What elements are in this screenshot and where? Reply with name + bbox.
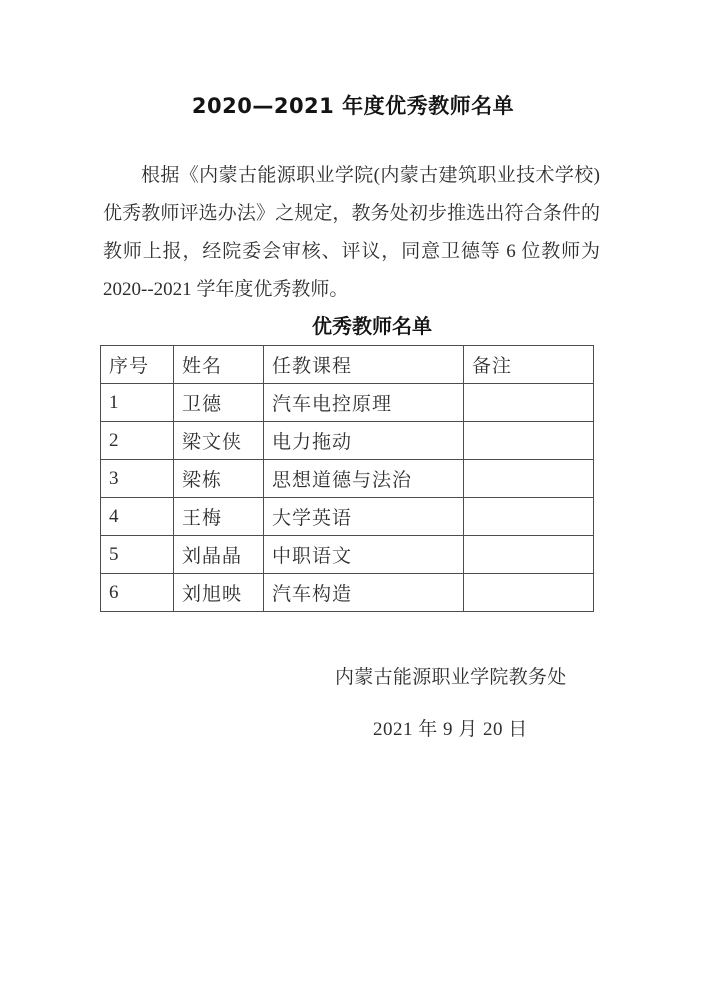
table-row: 4王梅大学英语 xyxy=(101,498,594,536)
note xyxy=(464,460,594,498)
signature-date: 2021 年 9 月 20 日 xyxy=(373,717,528,743)
document-page: 2020—2021 年度优秀教师名单 根据《内蒙古能源职业学院(内蒙古建筑职业技… xyxy=(0,0,706,1000)
note xyxy=(464,422,594,460)
table-body: 1卫德汽车电控原理2梁文侠电力拖动3梁栋思想道德与法治4王梅大学英语5刘晶晶中职… xyxy=(101,384,594,612)
course-name: 汽车电控原理 xyxy=(264,384,464,422)
course-name: 中职语文 xyxy=(264,536,464,574)
table-row: 3梁栋思想道德与法治 xyxy=(101,460,594,498)
note xyxy=(464,384,594,422)
row-index: 1 xyxy=(101,384,174,422)
table-header-row: 序号 姓名 任教课程 备注 xyxy=(101,346,594,384)
document-title: 2020—2021 年度优秀教师名单 xyxy=(0,92,706,120)
body-paragraph: 根据《内蒙古能源职业学院(内蒙古建筑职业技术学校) 优秀教师评选办法》之规定，教… xyxy=(103,157,600,309)
teacher-name: 刘旭映 xyxy=(174,574,264,612)
header-name: 姓名 xyxy=(174,346,264,384)
course-name: 大学英语 xyxy=(264,498,464,536)
table-row: 1卫德汽车电控原理 xyxy=(101,384,594,422)
course-name: 汽车构造 xyxy=(264,574,464,612)
row-index: 2 xyxy=(101,422,174,460)
teacher-name: 卫德 xyxy=(174,384,264,422)
header-index: 序号 xyxy=(101,346,174,384)
course-name: 思想道德与法治 xyxy=(264,460,464,498)
paragraph-line-3: 教师上报，经院委会审核、评议，同意卫德等 6 位教师为 xyxy=(103,233,600,271)
teachers-table: 序号 姓名 任教课程 备注 1卫德汽车电控原理2梁文侠电力拖动3梁栋思想道德与法… xyxy=(100,345,594,612)
row-index: 3 xyxy=(101,460,174,498)
teacher-name: 梁栋 xyxy=(174,460,264,498)
table-row: 2梁文侠电力拖动 xyxy=(101,422,594,460)
row-index: 4 xyxy=(101,498,174,536)
table-title: 优秀教师名单 xyxy=(312,313,432,339)
table-row: 6刘旭映汽车构造 xyxy=(101,574,594,612)
paragraph-line-1: 根据《内蒙古能源职业学院(内蒙古建筑职业技术学校) xyxy=(103,157,600,195)
header-note: 备注 xyxy=(464,346,594,384)
row-index: 5 xyxy=(101,536,174,574)
note xyxy=(464,536,594,574)
course-name: 电力拖动 xyxy=(264,422,464,460)
paragraph-line-4: 2020--2021 学年度优秀教师。 xyxy=(103,271,600,309)
paragraph-line-2: 优秀教师评选办法》之规定，教务处初步推选出符合条件的 xyxy=(103,195,600,233)
teacher-name: 王梅 xyxy=(174,498,264,536)
signature-org: 内蒙古能源职业学院教务处 xyxy=(335,665,567,691)
note xyxy=(464,498,594,536)
row-index: 6 xyxy=(101,574,174,612)
table-row: 5刘晶晶中职语文 xyxy=(101,536,594,574)
teacher-name: 梁文侠 xyxy=(174,422,264,460)
header-course: 任教课程 xyxy=(264,346,464,384)
note xyxy=(464,574,594,612)
teacher-name: 刘晶晶 xyxy=(174,536,264,574)
